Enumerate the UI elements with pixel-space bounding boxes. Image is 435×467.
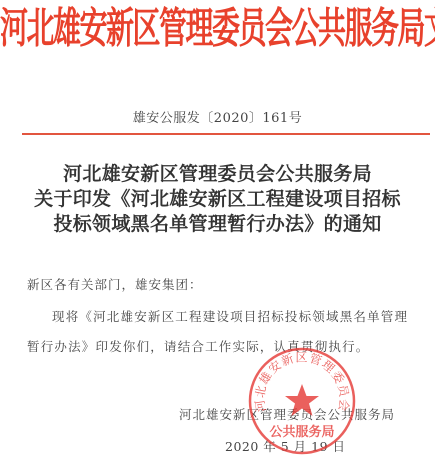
document-number: 雄安公服发〔2020〕161号 [0, 107, 435, 126]
body-paragraph: 现将《河北雄安新区工程建设项目招标投标领域黑名单管理 暂行办法》印发你们，请结合… [27, 302, 432, 362]
issuer-signature: 河北雄安新区管理委员会公共服务局 [0, 405, 395, 423]
notice-title-line-1: 河北雄安新区管理委员会公共服务局 [0, 162, 435, 187]
body-line-1: 现将《河北雄安新区工程建设项目招标投标领域黑名单管理 [27, 302, 432, 332]
notice-title-line-3: 投标领域黑名单管理暂行办法》的通知 [0, 212, 435, 237]
body-line-2: 暂行办法》印发你们，请结合工作实际，认真贯彻执行。 [27, 332, 432, 362]
notice-title-line-2: 关于印发《河北雄安新区工程建设项目招标 [0, 187, 435, 212]
red-separator-line [22, 133, 430, 135]
issue-date: 2020 年 5 月 19 日 [225, 437, 346, 455]
notice-title: 河北雄安新区管理委员会公共服务局 关于印发《河北雄安新区工程建设项目招标 投标领… [0, 162, 435, 237]
document-header-title: 河北雄安新区管理委员会公共服务局文件 [0, 8, 435, 50]
addressee: 新区各有关部门，雄安集团： [27, 275, 203, 293]
